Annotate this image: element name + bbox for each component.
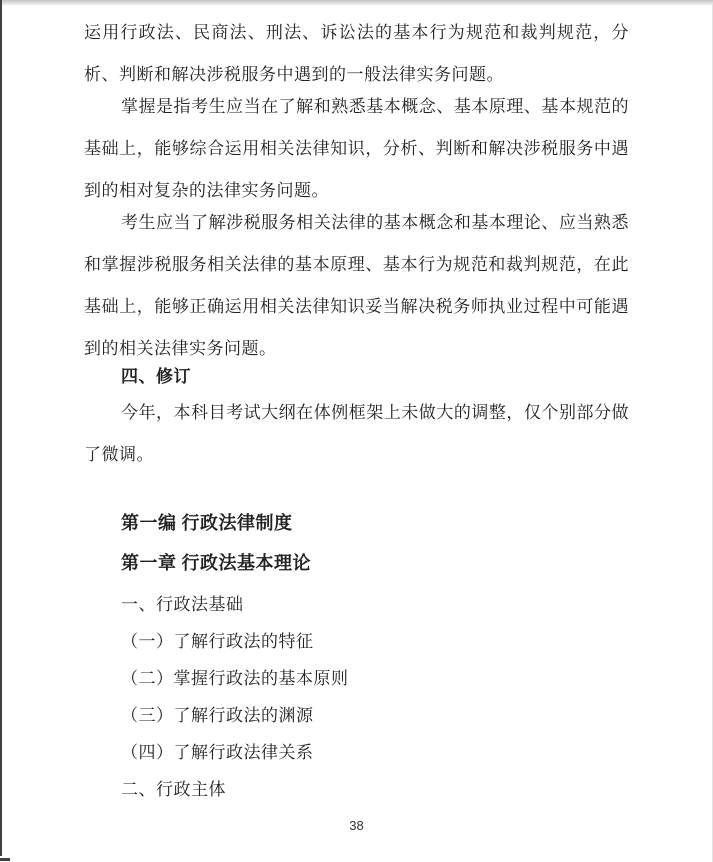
outline-item: （三）了解行政法的渊源 — [84, 697, 629, 734]
page-corner-mark — [0, 858, 10, 861]
document-page: { "document": { "intro": { "p1": "运用行政法、… — [0, 0, 713, 862]
outline-item: （一）了解行政法的特征 — [84, 623, 629, 660]
document-body: 运用行政法、民商法、刑法、诉讼法的基本行为规范和裁判规范，分析、判断和解决涉税服… — [84, 12, 629, 808]
outline-item: 二、行政主体 — [84, 771, 629, 808]
body-paragraph: 运用行政法、民商法、刑法、诉讼法的基本行为规范和裁判规范，分析、判断和解决涉税服… — [84, 12, 629, 96]
outline-item: （二）掌握行政法的基本原则 — [84, 660, 629, 697]
page-number: 38 — [0, 818, 713, 833]
page-left-edge — [0, 0, 2, 856]
part-heading: 第一编 行政法律制度 — [84, 502, 629, 544]
outline-item: （四）了解行政法律关系 — [84, 734, 629, 771]
body-paragraph: 考生应当了解涉税服务相关法律的基本概念和基本理论、应当熟悉和掌握涉税服务相关法律… — [84, 202, 629, 370]
body-paragraph: 掌握是指考生应当在了解和熟悉基本概念、基本原理、基本规范的基础上，能够综合运用相… — [84, 86, 629, 212]
body-paragraph: 今年，本科目考试大纲在体例框架上未做大的调整，仅个别部分做了微调。 — [84, 392, 629, 476]
outline-item: 一、行政法基础 — [84, 586, 629, 623]
chapter-outline: 一、行政法基础 （一）了解行政法的特征 （二）掌握行政法的基本原则 （三）了解行… — [84, 586, 629, 808]
chapter-heading: 第一章 行政法基本理论 — [84, 542, 629, 584]
page-top-shadow — [0, 0, 713, 6]
